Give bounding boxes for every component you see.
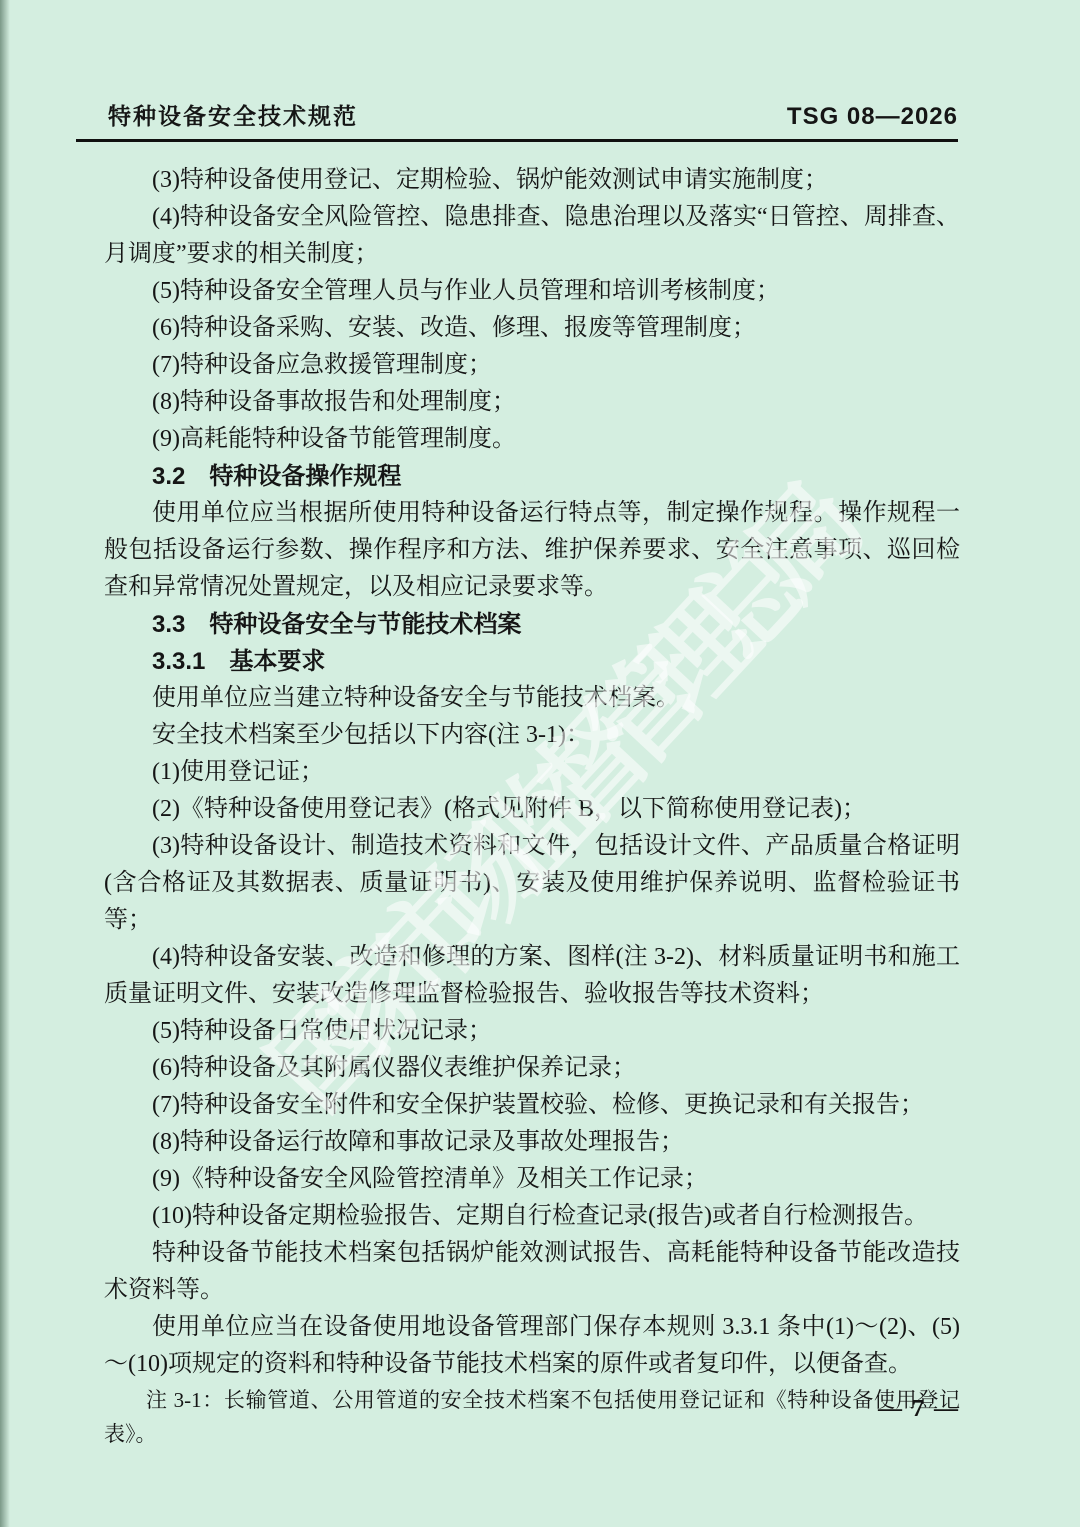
- list-item: (8)特种设备运行故障和事故记录及事故处理报告；: [104, 1124, 960, 1161]
- paragraph: 使用单位应当建立特种设备安全与节能技术档案。: [104, 680, 960, 717]
- list-item: (9)《特种设备安全风险管控清单》及相关工作记录；: [104, 1161, 960, 1198]
- page-number: — 7 —: [878, 1396, 960, 1423]
- document-page: 国家市场监督管理总局 特种设备安全技术规范 TSG 08—2026 (3)特种设…: [0, 0, 1080, 1527]
- document-title: 特种设备安全技术规范: [108, 98, 358, 131]
- section-heading-3-2: 3.2 特种设备操作规程: [104, 458, 960, 495]
- list-item: (5)特种设备日常使用状况记录；: [104, 1013, 960, 1050]
- list-item: (9)高耗能特种设备节能管理制度。: [104, 421, 960, 458]
- document-body: (3)特种设备使用登记、定期检验、锅炉能效测试申请实施制度； (4)特种设备安全…: [104, 162, 960, 1451]
- list-item: (6)特种设备及其附属仪器仪表维护保养记录；: [104, 1050, 960, 1087]
- list-item: (2)《特种设备使用登记表》(格式见附件 B，以下简称使用登记表)；: [104, 791, 960, 828]
- document-code: TSG 08—2026: [787, 103, 958, 131]
- paragraph: 特种设备节能技术档案包括锅炉能效测试报告、高耗能特种设备节能改造技术资料等。: [104, 1235, 960, 1309]
- list-item: (3)特种设备使用登记、定期检验、锅炉能效测试申请实施制度；: [104, 162, 960, 199]
- list-item: (7)特种设备应急救援管理制度；: [104, 347, 960, 384]
- section-heading-3-3-1: 3.3.1 基本要求: [104, 643, 960, 680]
- list-item: (3)特种设备设计、制造技术资料和文件，包括设计文件、产品质量合格证明(含合格证…: [104, 828, 960, 939]
- list-item: (10)特种设备定期检验报告、定期自行检查记录(报告)或者自行检测报告。: [104, 1198, 960, 1235]
- paragraph: 使用单位应当在设备使用地设备管理部门保存本规则 3.3.1 条中(1)～(2)、…: [104, 1309, 960, 1383]
- paragraph: 使用单位应当根据所使用特种设备运行特点等，制定操作规程。操作规程一般包括设备运行…: [104, 495, 960, 606]
- list-item: (8)特种设备事故报告和处理制度；: [104, 384, 960, 421]
- header-row: 特种设备安全技术规范 TSG 08—2026: [76, 98, 958, 131]
- footnote: 注 3-1：长输管道、公用管道的安全技术档案不包括使用登记证和《特种设备使用登记…: [104, 1383, 960, 1451]
- header-rule: [76, 139, 958, 142]
- scan-edge-shadow: [0, 0, 10, 1527]
- list-item: (7)特种设备安全附件和安全保护装置校验、检修、更换记录和有关报告；: [104, 1087, 960, 1124]
- page-header: 特种设备安全技术规范 TSG 08—2026: [76, 98, 958, 142]
- list-item: (4)特种设备安全风险管控、隐患排查、隐患治理以及落实“日管控、周排查、月调度”…: [104, 199, 960, 273]
- paragraph: 安全技术档案至少包括以下内容(注 3-1)：: [104, 717, 960, 754]
- section-heading-3-3: 3.3 特种设备安全与节能技术档案: [104, 606, 960, 643]
- list-item: (1)使用登记证；: [104, 754, 960, 791]
- list-item: (5)特种设备安全管理人员与作业人员管理和培训考核制度；: [104, 273, 960, 310]
- list-item: (6)特种设备采购、安装、改造、修理、报废等管理制度；: [104, 310, 960, 347]
- list-item: (4)特种设备安装、改造和修理的方案、图样(注 3-2)、材料质量证明书和施工质…: [104, 939, 960, 1013]
